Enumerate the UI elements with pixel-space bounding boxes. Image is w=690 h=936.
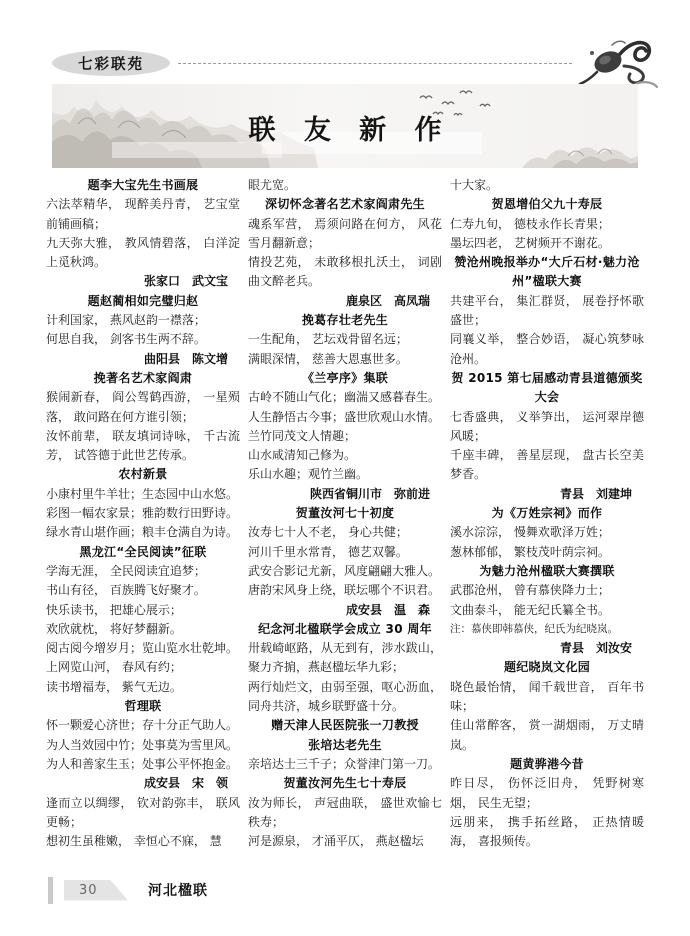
couplet-line: 彩图一幅农家景；雅韵数行田野诗。 <box>46 504 240 523</box>
couplet-line: 溪水淙淙， 慢舞欢歌泽万姓； <box>450 523 644 542</box>
couplet-line: 七香盛典， 义举笋出， 运河翠岸德风暖； <box>450 408 644 447</box>
couplet-line: 亲培达士三千子；众誉津门第一刀。 <box>248 755 442 774</box>
couplet-line: 满眼深情， 慈善大恩惠世多。 <box>248 350 442 369</box>
dashed-divider <box>178 63 572 64</box>
page-header: 七彩联苑 <box>52 40 660 86</box>
couplet-line: 墨坛四老， 艺树频开不谢花。 <box>450 234 644 253</box>
couplet-line: 怀一颗爱心济世；存十分正气助人。 <box>46 716 240 735</box>
column-3: 十大家。贺恩增伯父九十寿辰仁寿九旬， 德枝永作长青果；墨坛四老， 艺树频开不谢花… <box>450 176 644 876</box>
couplet-line: 佳山常醉客， 赏一湖烟雨， 万丈晴岚。 <box>450 716 644 755</box>
couplet-title: 贺董汝河先生七十寿辰 <box>248 774 442 793</box>
page-title: 联友新作 <box>52 108 638 147</box>
footer-accent-bar <box>48 877 53 904</box>
couplet-title: 农村新景 <box>46 465 240 484</box>
couplet-line: 计利国家， 燕风赵韵一襟落； <box>46 311 240 330</box>
column-1: 题李大宝先生书画展六法萃精华， 现醉美丹青， 艺宝堂前铺画稿；九天弥大雅， 教风… <box>46 176 240 876</box>
couplet-line: 为人当效园中竹；处事莫为雪里风。 <box>46 736 240 755</box>
author-attribution: 曲阳县 陈文增 <box>46 350 240 369</box>
couplet-line: 两行灿烂文，由弱至强，呕心沥血，同舟共济，城乡联野盛十分。 <box>248 678 442 717</box>
column-2: 眼尤宽。深切怀念著名艺术家阎肃先生魂系军营， 焉须问路在何方， 风花雪月翻新意；… <box>248 176 442 876</box>
couplet-line: 书山有径， 百族腾飞好聚才。 <box>46 581 240 600</box>
author-attribution: 陕西省铜川市 弥前进 <box>248 485 442 504</box>
author-attribution: 成安县 宋 领 <box>46 774 240 793</box>
couplet-line: 河是源泉， 才涌平仄， 燕赵楹坛 <box>248 832 442 851</box>
couplet-title: 贺董汝河七十初度 <box>248 504 442 523</box>
ink-brush-swirl-icon <box>578 32 660 90</box>
couplet-line: 一生配角， 艺坛戏骨留名远； <box>248 330 442 349</box>
couplet-line: 山水咸清知己修为。 <box>248 446 442 465</box>
couplet-line: 绿水青山堪作画；粮丰仓满自为诗。 <box>46 523 240 542</box>
author-attribution: 鹿泉区 高凤瑞 <box>248 292 442 311</box>
couplet-line: 想初生虽稚嫩， 幸恒心不寐， 慧 <box>46 832 240 851</box>
couplet-title: 张培达老先生 <box>248 736 442 755</box>
couplet-title: 题纪晓岚文化园 <box>450 658 644 677</box>
couplet-line: 人生静悟古今事；盛世欣观山水情。 <box>248 408 442 427</box>
couplet-title: 贺恩增伯父九十寿辰 <box>450 195 644 214</box>
author-attribution: 张家口 武文宝 <box>46 272 240 291</box>
couplet-line: 葱林郁郁， 繁枝茂叶荫宗祠。 <box>450 543 644 562</box>
couplet-line: 学海无涯， 全民阅读宜追梦； <box>46 562 240 581</box>
author-attribution: 青县 刘汝安 <box>450 639 644 658</box>
couplet-line: 眼尤宽。 <box>248 176 442 195</box>
couplet-line: 欢欣就枕， 将好梦翻新。 <box>46 620 240 639</box>
page-number-tab: 30 <box>64 880 128 901</box>
section-badge-label: 七彩联苑 <box>78 53 144 74</box>
couplet-title: 挽葛存壮老先生 <box>248 311 442 330</box>
couplet-line: 远朋来， 携手拓丝路， 正热情暖海， 喜报频传。 <box>450 813 644 852</box>
couplet-line: 十大家。 <box>450 176 644 195</box>
couplet-line: 河川千里水常青， 德艺双馨。 <box>248 543 442 562</box>
journal-name: 河北楹联 <box>148 880 208 900</box>
couplet-line: 乐山水趣；观竹兰幽。 <box>248 465 442 484</box>
couplet-title: 赠天津人民医院张一刀教授 <box>248 716 442 735</box>
article-columns: 题李大宝先生书画展六法萃精华， 现醉美丹青， 艺宝堂前铺画稿；九天弥大雅， 教风… <box>46 176 644 876</box>
couplet-line: 古岭不随山气化；幽湍又感暮春生。 <box>248 388 442 407</box>
couplet-line: 卅载崎岖路，从无到有，涉水跋山，聚力齐掮，燕赵楹坛华九彩； <box>248 639 442 678</box>
author-attribution: 成安县 温 森 <box>248 601 442 620</box>
couplet-line: 共建平台， 集汇群贤， 展卷抒怀歌盛世； <box>450 292 644 331</box>
couplet-line: 汝怀前辈， 联友填词诗咏， 千古流芳， 试答德于此世艺传承。 <box>46 427 240 466</box>
magazine-page: 七彩联苑 <box>0 0 690 936</box>
couplet-title: 《兰亭序》集联 <box>248 369 442 388</box>
couplet-line: 读书增福寿， 紫气无边。 <box>46 678 240 697</box>
couplet-line: 汝为师长， 声冠曲联， 盛世欢愉七秩寿； <box>248 794 442 833</box>
couplet-title: 为《万姓宗祠》而作 <box>450 504 644 523</box>
couplet-line: 文曲泰斗， 能无纪氏纂全书。 <box>450 601 644 620</box>
couplet-line: 兰竹同茂文人情趣； <box>248 427 442 446</box>
couplet-title: 题李大宝先生书画展 <box>46 176 240 195</box>
page-number: 30 <box>64 883 98 898</box>
section-badge: 七彩联苑 <box>52 50 170 76</box>
couplet-title: 纪念河北楹联学会成立 30 周年 <box>248 620 442 639</box>
couplet-title: 题黄骅港今昔 <box>450 755 644 774</box>
couplet-line: 上网览山河， 春风有约； <box>46 658 240 677</box>
couplet-line: 同襄义举， 整合妙语， 凝心筑梦咏沧州。 <box>450 330 644 369</box>
author-attribution: 青县 刘建坤 <box>450 485 644 504</box>
couplet-line: 汝寿七十人不老， 身心共健； <box>248 523 442 542</box>
couplet-title: 黑龙江“全民阅读”征联 <box>46 543 240 562</box>
footnote: 注：慕侠即韩慕侠，纪氏为纪晓岚。 <box>450 620 644 639</box>
couplet-title: 题赵蔺相如完璧归赵 <box>46 292 240 311</box>
couplet-line: 魂系军营， 焉须问路在何方， 风花雪月翻新意； <box>248 215 442 254</box>
couplet-line: 唐韵宋风身上绕，联坛哪个不识君。 <box>248 581 442 600</box>
title-banner: 联友新作 <box>52 84 638 168</box>
couplet-line: 仁寿九旬， 德枝永作长青果； <box>450 215 644 234</box>
couplet-title: 挽著名艺术家阎肃 <box>46 369 240 388</box>
couplet-line: 晓色最怡情， 闻千载世音， 百年书味； <box>450 678 644 717</box>
page-footer: 30 河北楹联 <box>48 876 208 904</box>
couplet-line: 快乐读书， 把雄心展示； <box>46 601 240 620</box>
couplet-line: 小康村里牛羊壮；生态园中山水悠。 <box>46 485 240 504</box>
couplet-line: 六法萃精华， 现醉美丹青， 艺宝堂前铺画稿； <box>46 195 240 234</box>
couplet-line: 昨日尽， 伤怀泛旧舟， 凭野树寒烟， 民生无望； <box>450 774 644 813</box>
couplet-title: 深切怀念著名艺术家阎肃先生 <box>248 195 442 214</box>
couplet-title: 贺 2015 第七届感动青县道德颁奖大会 <box>450 369 644 408</box>
couplet-title: 赞沧州晚报举办“大斤石材·魅力沧州”楹联大赛 <box>450 253 644 292</box>
couplet-line: 何思自我， 剑客书生两不辞。 <box>46 330 240 349</box>
couplet-title: 为魅力沧州楹联大赛撰联 <box>450 562 644 581</box>
couplet-line: 逢而立以绸缪， 钦对韵弥丰， 联风更畅； <box>46 794 240 833</box>
couplet-line: 猴闹新春， 阎公驾鹤西游， 一星殒落， 敢问路在何方谁引领； <box>46 388 240 427</box>
couplet-line: 千座丰碑， 善星层现， 盘古长空美梦香。 <box>450 446 644 485</box>
couplet-line: 阅古阅今增岁月；览山览水壮乾坤。 <box>46 639 240 658</box>
couplet-line: 情投艺苑， 未敢移根扎沃土， 词剧曲文醉老兵。 <box>248 253 442 292</box>
couplet-line: 为人和善家生玉；处事公平怀抱金。 <box>46 755 240 774</box>
couplet-line: 武郡沧州， 曾有慕侠降力士； <box>450 581 644 600</box>
couplet-title: 哲理联 <box>46 697 240 716</box>
couplet-line: 九天弥大雅， 教风情碧落， 白洋淀上觅秋鸿。 <box>46 234 240 273</box>
couplet-line: 武安合影记尤新，风度翩翩大雅人。 <box>248 562 442 581</box>
